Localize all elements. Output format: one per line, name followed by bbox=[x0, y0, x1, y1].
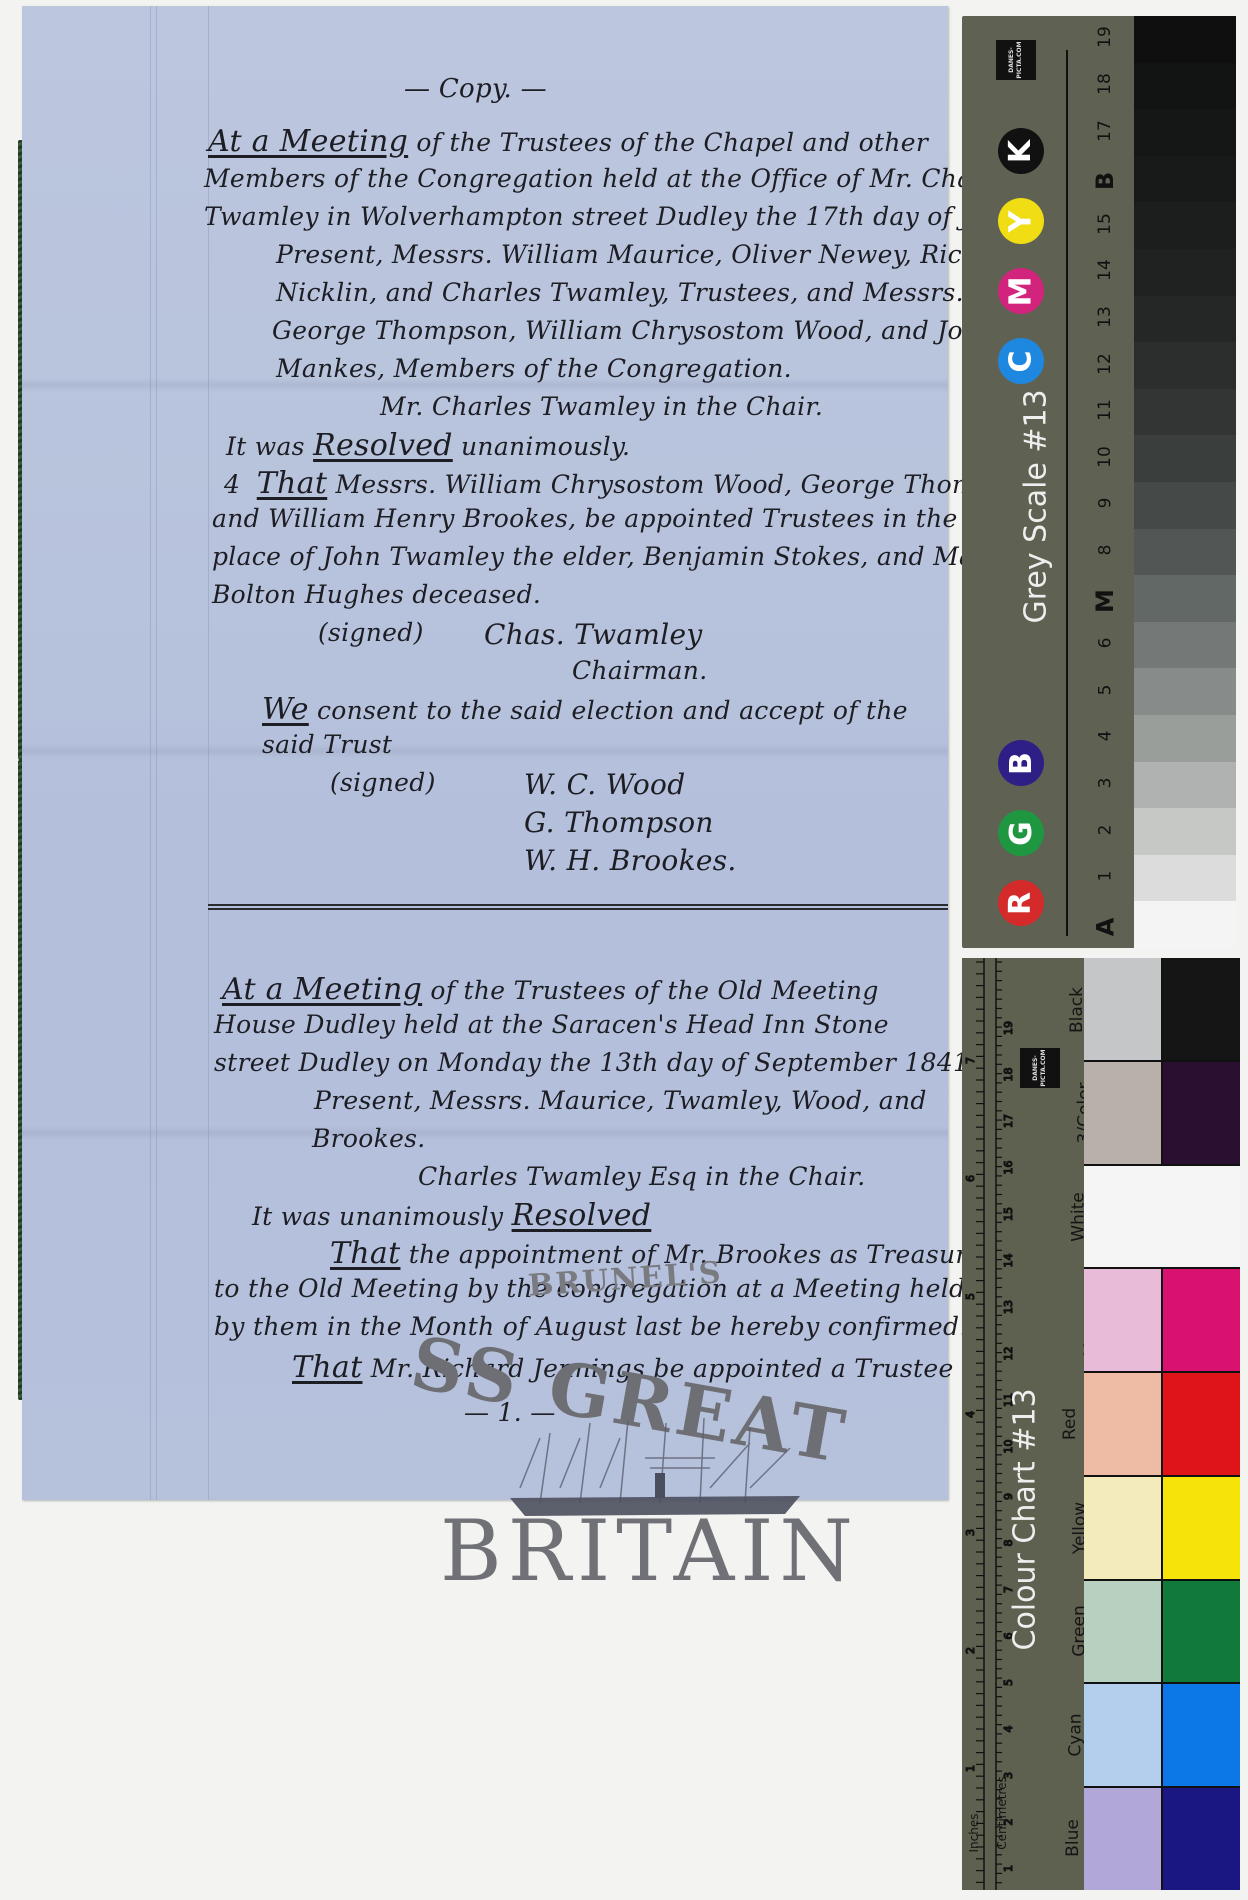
colour-chart-card: 1234567891011121314151617181912345678 In… bbox=[962, 958, 1240, 1890]
meeting1-line4: Present, Messrs. William Maurice, Oliver… bbox=[276, 240, 1022, 269]
swatch-row bbox=[1084, 1062, 1240, 1166]
svg-text:19: 19 bbox=[1002, 1021, 1015, 1035]
swatch-label: Red bbox=[1054, 1414, 1084, 1434]
grey-step bbox=[1134, 296, 1236, 343]
signature-wood: W. C. Wood bbox=[524, 768, 685, 801]
swatch-magenta-dark bbox=[1161, 1269, 1240, 1371]
meeting1-line3: Twamley in Wolverhampton street Dudley t… bbox=[204, 202, 1083, 231]
card-rule bbox=[1066, 50, 1068, 936]
danes-picta-logo: DANES-PICTA.COM bbox=[996, 40, 1036, 80]
that-heading-3: That bbox=[292, 1350, 362, 1385]
meeting2-line3: street Dudley on Monday the 13th day of … bbox=[214, 1048, 969, 1077]
grey-step bbox=[1134, 109, 1236, 156]
meeting1-resolved-line: It was Resolved unanimously. bbox=[226, 428, 630, 463]
meeting1-line13: Bolton Hughes deceased. bbox=[212, 580, 541, 609]
that-heading-2: That bbox=[330, 1236, 400, 1271]
svg-text:2: 2 bbox=[964, 1647, 977, 1654]
grey-scale-card: DANES-PICTA.COM K Y M C Grey Scale #13 B… bbox=[962, 16, 1236, 948]
c-circle-icon: C bbox=[998, 338, 1044, 384]
grey-step-label: 10 bbox=[1090, 447, 1120, 467]
grey-step bbox=[1134, 342, 1236, 389]
swatch-label: Green bbox=[1054, 1621, 1084, 1641]
grey-step-label: 4 bbox=[1090, 726, 1120, 746]
grey-step-label: 14 bbox=[1090, 260, 1120, 280]
r-circle-icon: R bbox=[998, 880, 1044, 926]
swatch-row bbox=[1084, 1373, 1240, 1477]
swatch-row bbox=[1084, 1581, 1240, 1685]
grey-step-label: 18 bbox=[1090, 74, 1120, 94]
svg-text:18: 18 bbox=[1002, 1068, 1015, 1082]
meeting1-line6: George Thompson, William Chrysostom Wood… bbox=[272, 316, 996, 345]
swatch-blue-dark bbox=[1161, 1788, 1240, 1890]
grey-step-label: 15 bbox=[1090, 214, 1120, 234]
at-a-meeting-heading-2: At a Meeting bbox=[222, 972, 422, 1007]
meeting2-line1: At a Meeting of the Trustees of the Old … bbox=[222, 972, 879, 1007]
meeting2-line4: Present, Messrs. Maurice, Twamley, Wood,… bbox=[314, 1086, 927, 1115]
danes-picta-logo-2: DANES-PICTA.COM bbox=[1020, 1048, 1060, 1088]
b-circle-icon: B bbox=[998, 740, 1044, 786]
meeting1-that-line: 4 That Messrs. William Chrysostom Wood, … bbox=[224, 466, 1045, 501]
meeting2-line5: Brookes. bbox=[312, 1124, 426, 1153]
swatch-red-dark bbox=[1161, 1373, 1240, 1475]
grey-step bbox=[1134, 715, 1236, 762]
consent-line: We consent to the said election and acce… bbox=[262, 692, 908, 727]
grey-step bbox=[1134, 808, 1236, 855]
swatch-magenta-light bbox=[1084, 1269, 1161, 1371]
swatch-row bbox=[1084, 1788, 1240, 1890]
signature-brookes: W. H. Brookes. bbox=[524, 844, 737, 877]
swatch-cyan-light bbox=[1084, 1684, 1161, 1786]
signed-label-2: (signed) bbox=[330, 768, 436, 797]
swatch-3-color-dark bbox=[1161, 1062, 1240, 1164]
swatch-yellow-light bbox=[1084, 1477, 1161, 1579]
meeting1-line12: place of John Twamley the elder, Benjami… bbox=[212, 542, 1002, 571]
swatch-label: Black bbox=[1054, 1000, 1084, 1020]
resolved-heading: Resolved bbox=[313, 428, 453, 463]
grey-step bbox=[1134, 622, 1236, 669]
swatch-3-color-light bbox=[1084, 1062, 1161, 1164]
paper-fold bbox=[22, 1126, 948, 1140]
swatch-label: Cyan bbox=[1054, 1725, 1084, 1745]
that-heading: That bbox=[257, 466, 327, 501]
copy-heading: — Copy. — bbox=[404, 74, 547, 104]
grey-step bbox=[1134, 63, 1236, 110]
svg-text:12: 12 bbox=[1002, 1347, 1015, 1361]
meeting1-line7: Mankes, Members of the Congregation. bbox=[276, 354, 792, 383]
svg-text:4: 4 bbox=[1002, 1726, 1015, 1733]
meeting1-line11: and William Henry Brookes, be appointed … bbox=[212, 504, 958, 533]
meeting1-line5: Nicklin, and Charles Twamley, Trustees, … bbox=[276, 278, 964, 307]
meeting2-line2: House Dudley held at the Saracen's Head … bbox=[214, 1010, 889, 1039]
grey-step bbox=[1134, 855, 1236, 902]
grey-step-label: 6 bbox=[1090, 633, 1120, 653]
swatch-cyan-dark bbox=[1161, 1684, 1240, 1786]
swatch-label: Yellow bbox=[1054, 1518, 1084, 1538]
grey-step bbox=[1134, 435, 1236, 482]
g-circle-icon: G bbox=[998, 810, 1044, 856]
watermark-britain: BRITAIN bbox=[440, 1502, 859, 1600]
inches-label: Inches bbox=[967, 1773, 981, 1893]
grey-step bbox=[1134, 389, 1236, 436]
grey-step-label: 11 bbox=[1090, 400, 1120, 420]
grey-step bbox=[1134, 156, 1236, 203]
grey-step-label: 13 bbox=[1090, 307, 1120, 327]
k-circle-icon: K bbox=[998, 128, 1044, 174]
swatch-row bbox=[1084, 958, 1240, 1062]
grey-step bbox=[1134, 762, 1236, 809]
swatch-green-dark bbox=[1161, 1581, 1240, 1683]
svg-text:5: 5 bbox=[964, 1293, 977, 1300]
colour-chart-title: Colour Chart #13 bbox=[1008, 1421, 1043, 1651]
svg-text:4: 4 bbox=[964, 1411, 977, 1418]
grey-step bbox=[1134, 575, 1236, 622]
resolved-heading-2: Resolved bbox=[512, 1198, 652, 1233]
swatch-yellow-dark bbox=[1161, 1477, 1240, 1579]
grey-step-label: 1 bbox=[1090, 866, 1120, 886]
grey-step-label: 17 bbox=[1090, 121, 1120, 141]
meeting2-resolved-line: It was unanimously Resolved bbox=[252, 1198, 651, 1233]
y-circle-icon: Y bbox=[998, 198, 1044, 244]
colour-swatches bbox=[1084, 958, 1240, 1890]
svg-text:5: 5 bbox=[1002, 1679, 1015, 1686]
grey-step-label: 3 bbox=[1090, 773, 1120, 793]
swatch-label: Magenta bbox=[1054, 1310, 1084, 1330]
swatch-label: Blue bbox=[1054, 1828, 1084, 1848]
swatch-row bbox=[1084, 1269, 1240, 1373]
swatch-row bbox=[1084, 1166, 1240, 1270]
chairman-signature: Chas. Twamley bbox=[484, 618, 702, 651]
meeting2-line10: by them in the Month of August last be h… bbox=[214, 1312, 968, 1341]
swatch-white bbox=[1084, 1166, 1240, 1268]
meeting2-chair: Charles Twamley Esq in the Chair. bbox=[418, 1162, 865, 1191]
svg-text:15: 15 bbox=[1002, 1207, 1015, 1221]
swatch-green-light bbox=[1084, 1581, 1161, 1683]
grey-step-label: 5 bbox=[1090, 680, 1120, 700]
swatch-blue-light bbox=[1084, 1788, 1161, 1890]
we-heading: We bbox=[262, 692, 309, 727]
grey-step-label: 12 bbox=[1090, 354, 1120, 374]
grey-step bbox=[1134, 482, 1236, 529]
grey-step-label: 8 bbox=[1090, 540, 1120, 560]
paper-fold bbox=[22, 744, 948, 758]
grey-scale-title: Grey Scale #13 bbox=[1019, 404, 1054, 624]
grey-step bbox=[1134, 901, 1236, 948]
section-divider bbox=[208, 904, 948, 910]
swatch-red-light bbox=[1084, 1373, 1161, 1475]
grey-step-label: B bbox=[1090, 167, 1120, 195]
svg-text:1: 1 bbox=[964, 1765, 977, 1772]
swatch-row bbox=[1084, 1684, 1240, 1788]
m-circle-icon: M bbox=[998, 268, 1044, 314]
grey-step bbox=[1134, 529, 1236, 576]
swatch-label: White bbox=[1054, 1207, 1084, 1227]
grey-step bbox=[1134, 202, 1236, 249]
grey-step-label: A bbox=[1090, 913, 1120, 941]
grey-step-label: 9 bbox=[1090, 493, 1120, 513]
grey-step bbox=[1134, 249, 1236, 296]
grey-step-label: 2 bbox=[1090, 820, 1120, 840]
at-a-meeting-heading: At a Meeting bbox=[208, 124, 408, 159]
svg-text:16: 16 bbox=[1002, 1161, 1015, 1175]
svg-text:14: 14 bbox=[1002, 1254, 1015, 1268]
grey-steps bbox=[1134, 16, 1236, 948]
said-trust-line: said Trust bbox=[262, 730, 392, 759]
svg-text:17: 17 bbox=[1002, 1114, 1015, 1128]
meeting1-line2: Members of the Congregation held at the … bbox=[204, 164, 1021, 193]
svg-text:7: 7 bbox=[964, 1057, 977, 1064]
svg-text:13: 13 bbox=[1002, 1300, 1015, 1314]
meeting1-line1: At a Meeting of the Trustees of the Chap… bbox=[208, 124, 928, 159]
centimetres-label: Centimetres bbox=[995, 1753, 1009, 1873]
meeting1-chair: Mr. Charles Twamley in the Chair. bbox=[380, 392, 823, 421]
grey-step-label: 19 bbox=[1090, 27, 1120, 47]
swatch-black-light bbox=[1084, 958, 1161, 1060]
swatch-label: 3/Color bbox=[1054, 1103, 1084, 1123]
grey-step bbox=[1134, 668, 1236, 715]
signed-label: (signed) bbox=[318, 618, 424, 647]
swatch-row bbox=[1084, 1477, 1240, 1581]
signature-thompson: G. Thompson bbox=[524, 806, 714, 839]
grey-step bbox=[1134, 16, 1236, 63]
svg-text:6: 6 bbox=[964, 1175, 977, 1182]
swatch-black-dark bbox=[1161, 958, 1240, 1060]
svg-text:3: 3 bbox=[964, 1529, 977, 1536]
chairman-title: Chairman. bbox=[572, 656, 707, 685]
grey-step-label: M bbox=[1090, 587, 1120, 615]
